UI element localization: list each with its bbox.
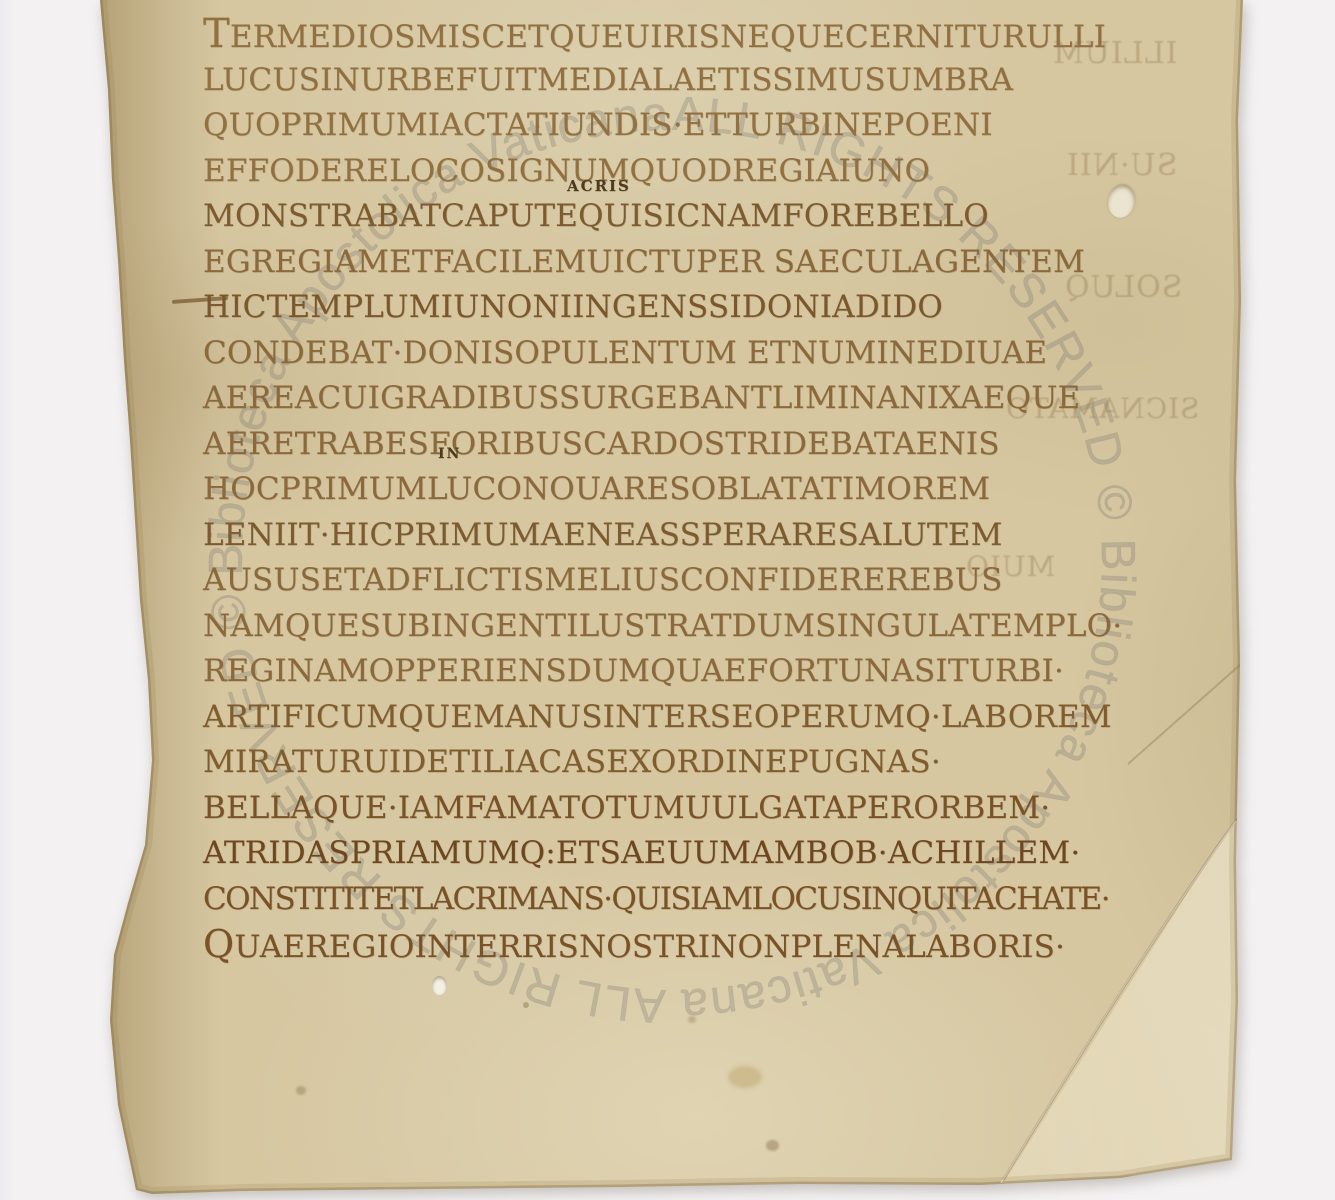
- parchment-stain: [688, 1016, 696, 1023]
- parchment-stain: [766, 1140, 779, 1151]
- manuscript-line: QUAEREGIOINTERRISNOSTRINONPLENALABORIS·: [203, 922, 1122, 968]
- manuscript-line: AEREACUIGRADIBUSSURGEBANTLIMINANIXAEQUE: [203, 376, 1122, 422]
- interlinear-correction-acris: ACRIS: [567, 177, 631, 195]
- interlinear-correction-in: IN: [438, 446, 461, 462]
- manuscript-text-block: TERMEDIOSMISCETQUEUIRISNEQUECERNITURULLI…: [203, 12, 1122, 968]
- manuscript-line: LENIIT·HICPRIMUMAENEASSPERARESALUTEM: [203, 513, 1122, 559]
- manuscript-line: ARTIFICUMQUEMANUSINTERSEOPERUMQ·LABOREM: [203, 695, 1122, 741]
- upper-crease-line: [1128, 664, 1241, 764]
- parchment-wrap: ALL RIGHTS RESERVED © Biblioteca Apostol…: [0, 0, 1335, 1200]
- manuscript-line: ATRIDASPRIAMUMQ:ETSAEUUMAMBOB·ACHILLEM·: [203, 831, 1122, 877]
- manuscript-line: EFFODERELOCOSIGNUMQUODREGIAIUNO: [203, 149, 1122, 195]
- parchment-stain: [296, 1086, 306, 1095]
- manuscript-line: HICTEMPLUMIUNONIINGENSSIDONIADIDO: [203, 285, 1122, 331]
- manuscript-line: HOCPRIMUMLUCONOUARESOBLATATIMOREM: [203, 467, 1122, 513]
- manuscript-line: MONSTRABATCAPUTEQUISICNAMFOREBELLO: [203, 194, 1122, 240]
- manuscript-line: EGREGIAMETFACILEMUICTUPER SAECULAGENTEM: [203, 240, 1122, 286]
- manuscript-line: AUSUSETADFLICTISMELIUSCONFIDEREREBUS: [203, 558, 1122, 604]
- scan-background: ALL RIGHTS RESERVED © Biblioteca Apostol…: [0, 0, 1335, 1200]
- manuscript-line: MIRATURUIDETILIACASEXORDINEPUGNAS·: [203, 740, 1122, 786]
- manuscript-line: AERETRABESFORIBUSCARDOSTRIDEBATAENIS: [203, 422, 1122, 468]
- manuscript-line: BELLAQUE·IAMFAMATOTUMUULGATAPERORBEM·: [203, 786, 1122, 832]
- manuscript-line: NAMQUESUBINGENTILUSTRATDUMSINGULATEMPLO·: [203, 604, 1122, 650]
- manuscript-line: QUOPRIMUMIACTATIUNDIS·ETTURBINEPOENI: [203, 103, 1122, 149]
- manuscript-line: REGINAMOPPERIENSDUMQUAEFORTUNASITURBI·: [203, 649, 1122, 695]
- manuscript-line: LUCUSINURBEFUITMEDIALAETISSIMUSUMBRA: [203, 58, 1122, 104]
- parchment-stain: [728, 1066, 762, 1088]
- parchment-hole: [432, 976, 447, 995]
- manuscript-line: CONSTITITETLACRIMANS·QUISIAMLOCUSINQUITA…: [203, 877, 1122, 923]
- manuscript-line: CONDEBAT·DONISOPULENTUM ETNUMINEDIUAE: [203, 331, 1122, 377]
- parchment-stain: [523, 1002, 529, 1008]
- manuscript-line: TERMEDIOSMISCETQUEUIRISNEQUECERNITURULLI: [203, 12, 1122, 58]
- parchment-leaf: ALL RIGHTS RESERVED © Biblioteca Apostol…: [0, 0, 1335, 1200]
